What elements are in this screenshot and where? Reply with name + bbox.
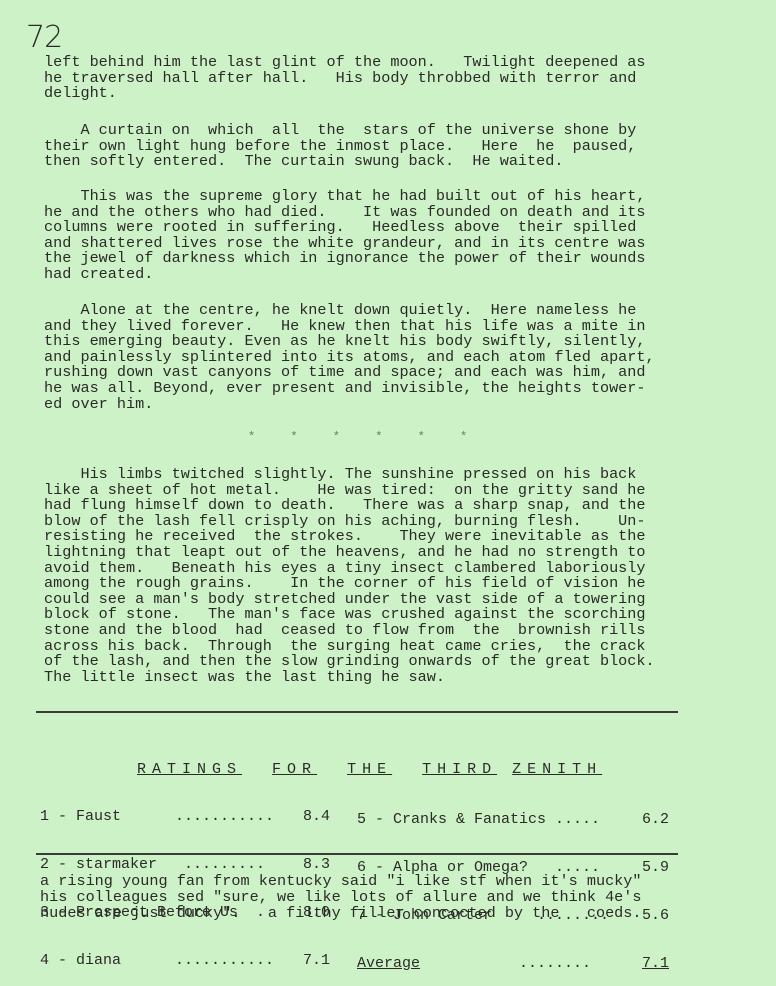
ratings-title-word: THE	[347, 761, 392, 778]
rating-row: 1 - Faust ...........8.4	[40, 809, 330, 825]
ratings-title-word: ZENITH	[512, 761, 602, 778]
story-paragraph-5: His limbs twitched slightly. The sunshin…	[44, 467, 684, 685]
ratings-title: RATINGS FOR THE THIRD ZENITH	[107, 744, 602, 778]
average-dots: ........	[519, 955, 591, 972]
story-paragraph-3: This was the supreme glory that he had b…	[44, 189, 684, 283]
rating-label: 2 - starmaker .........	[40, 857, 294, 873]
ratings-title-word: THIRD	[422, 761, 497, 778]
story-paragraph-2: A curtain on which all the stars of the …	[44, 123, 684, 170]
average-value: 7.1	[633, 956, 669, 972]
rating-label: 1 - Faust ...........	[40, 809, 294, 825]
rating-value: 6.2	[633, 812, 669, 828]
rating-value: 8.3	[294, 857, 330, 873]
footer-limerick: a rising young fan from kentucky said "i…	[40, 873, 642, 921]
section-separator: * * * * * *	[248, 430, 469, 444]
rating-row: 2 - starmaker .........8.3	[40, 857, 330, 873]
rating-value: 7.1	[294, 953, 330, 969]
top-divider	[36, 711, 678, 713]
average-label-group: Average ........	[357, 956, 633, 972]
bottom-divider	[36, 853, 678, 855]
rating-average-row: Average ........7.1	[357, 956, 669, 972]
page-number: 72	[26, 20, 62, 55]
ratings-title-word: RATINGS	[137, 761, 242, 778]
story-paragraph-4: Alone at the centre, he knelt down quiet…	[44, 303, 684, 412]
rating-label: 4 - diana ...........	[40, 953, 294, 969]
rating-row: 5 - Cranks & Fanatics .....6.2	[357, 812, 669, 828]
story-paragraph-1: left behind him the last glint of the mo…	[44, 55, 684, 102]
rating-value: 8.4	[294, 809, 330, 825]
rating-row: 4 - diana ...........7.1	[40, 953, 330, 969]
average-label: Average	[357, 955, 420, 972]
ratings-title-word: FOR	[272, 761, 317, 778]
rating-label: 5 - Cranks & Fanatics .....	[357, 812, 633, 828]
